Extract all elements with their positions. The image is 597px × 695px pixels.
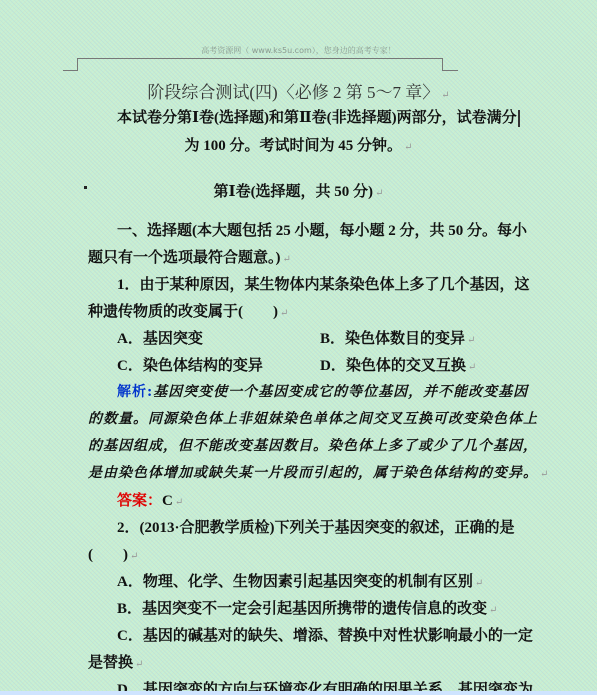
question-2-stem-line-1[interactable]: 2．(2013·合肥教学质检)下列关于基因突变的叙述，正确的是 bbox=[117, 516, 515, 537]
document-title-text: 阶段综合测试(四)〈必修 2 第 5～7 章〉 bbox=[147, 83, 439, 102]
paragraph-mark-icon: ↵ bbox=[540, 469, 549, 480]
paragraph-mark-icon: ↵ bbox=[468, 362, 476, 373]
paragraph-mark-icon: ↵ bbox=[467, 335, 475, 346]
window-bottom-edge bbox=[0, 691, 597, 695]
question-1-answer[interactable]: 答案：C↵ bbox=[117, 489, 183, 510]
question-stem-text: 2．(2013·合肥教学质检)下列关于基因突变的叙述，正确的是 bbox=[117, 520, 515, 536]
question-1-option-a[interactable]: A．基因突变 bbox=[117, 327, 203, 348]
text-cursor bbox=[518, 110, 520, 127]
header-rule-left-tab bbox=[63, 70, 78, 71]
header-rule-right-tab bbox=[442, 70, 458, 71]
question-1-analysis-line-2[interactable]: 的数量。同源染色体上非姐妹染色单体之间交叉互换可改变染色体上 bbox=[88, 408, 538, 428]
paragraph-mark-icon: ↵ bbox=[130, 551, 138, 562]
paragraph-mark-icon: ↵ bbox=[404, 142, 412, 153]
question-1-analysis-line-3[interactable]: 的基因组成，但不能改变基因数目。染色体上多了或少了几个基因， bbox=[88, 435, 538, 455]
question-2-stem-line-2[interactable]: ( )↵ bbox=[88, 543, 138, 564]
question-1-analysis-line-1[interactable]: 解析:基因突变使一个基因变成它的等位基因，并不能改变基因 bbox=[117, 381, 528, 401]
option-text: A．基因突变 bbox=[117, 331, 203, 347]
question-stem-text: 种遗传物质的改变属于( ) bbox=[88, 304, 278, 320]
intro-line-2-text: 为 100 分。考试时间为 45 分钟。 bbox=[185, 138, 403, 154]
document-title[interactable]: 阶段综合测试(四)〈必修 2 第 5～7 章〉↵ bbox=[0, 78, 597, 103]
option-text: 是替换 bbox=[88, 655, 133, 671]
question-1-option-b[interactable]: B．染色体数目的变异↵ bbox=[320, 327, 475, 348]
instructions-text: 一、选择题(本大题包括 25 小题，每小题 2 分，共 50 分。每小 bbox=[117, 223, 527, 239]
header-watermark: 高考资源网（ www.ks5u.com），您身边的高考专家！ bbox=[0, 45, 597, 56]
paragraph-mark-icon: ↵ bbox=[489, 605, 497, 616]
section-title[interactable]: 第Ⅰ卷(选择题，共 50 分)↵ bbox=[0, 180, 597, 201]
instructions-line-2[interactable]: 题只有一个选项最符合题意。)↵ bbox=[88, 246, 291, 267]
question-2-option-b[interactable]: B．基因突变不一定会引起基因所携带的遗传信息的改变↵ bbox=[117, 597, 497, 618]
analysis-text: 是由染色体增加或缺失某一片段而引起的，属于染色体结构的变异。 bbox=[88, 465, 538, 481]
option-text: C．基因的碱基对的缺失、增添、替换中对性状影响最小的一定 bbox=[117, 628, 533, 644]
question-1-option-d[interactable]: D．染色体的交叉互换↵ bbox=[320, 354, 476, 375]
paragraph-mark-icon: ↵ bbox=[280, 308, 288, 319]
option-text: B．染色体数目的变异 bbox=[320, 331, 465, 347]
intro-line-2[interactable]: 为 100 分。考试时间为 45 分钟。↵ bbox=[0, 134, 597, 155]
question-2-option-a[interactable]: A．物理、化学、生物因素引起基因突变的机制有区别↵ bbox=[117, 570, 483, 591]
question-1-analysis-line-4[interactable]: 是由染色体增加或缺失某一片段而引起的，属于染色体结构的变异。↵ bbox=[88, 462, 549, 482]
analysis-label: 解析: bbox=[117, 384, 153, 400]
paragraph-mark-icon: ↵ bbox=[375, 188, 383, 199]
analysis-text: 的数量。同源染色体上非姐妹染色单体之间交叉互换可改变染色体上 bbox=[88, 411, 538, 427]
header-rule bbox=[78, 58, 442, 59]
question-1-stem-line-2[interactable]: 种遗传物质的改变属于( )↵ bbox=[88, 300, 288, 321]
question-1-option-c[interactable]: C．染色体结构的变异 bbox=[117, 354, 263, 375]
intro-line-1-text: 本试卷分第Ⅰ卷(选择题)和第Ⅱ卷(非选择题)两部分，试卷满分 bbox=[117, 110, 517, 126]
header-rule-right-drop bbox=[442, 58, 443, 70]
paragraph-mark-icon: ↵ bbox=[283, 254, 291, 265]
question-2-option-c-cont[interactable]: 是替换↵ bbox=[88, 651, 143, 672]
paragraph-mark-icon: ↵ bbox=[135, 659, 143, 670]
intro-line-1[interactable]: 本试卷分第Ⅰ卷(选择题)和第Ⅱ卷(非选择题)两部分，试卷满分 bbox=[117, 106, 520, 127]
option-text: A．物理、化学、生物因素引起基因突变的机制有区别 bbox=[117, 574, 473, 590]
question-stem-text: ( ) bbox=[88, 547, 128, 563]
paragraph-mark-icon: ↵ bbox=[475, 578, 483, 589]
instructions-text: 题只有一个选项最符合题意。) bbox=[88, 250, 281, 266]
answer-value: C bbox=[162, 493, 173, 509]
section-title-text: 第Ⅰ卷(选择题，共 50 分) bbox=[214, 184, 374, 200]
option-text: B．基因突变不一定会引起基因所携带的遗传信息的改变 bbox=[117, 601, 487, 617]
question-stem-text: 1．由于某种原因，某生物体内某条染色体上多了几个基因，这 bbox=[117, 277, 530, 293]
analysis-text: 的基因组成，但不能改变基因数目。染色体上多了或少了几个基因， bbox=[88, 438, 538, 454]
analysis-text: 基因突变使一个基因变成它的等位基因，并不能改变基因 bbox=[153, 384, 528, 400]
paragraph-mark-icon: ↵ bbox=[175, 497, 183, 508]
question-2-option-c[interactable]: C．基因的碱基对的缺失、增添、替换中对性状影响最小的一定 bbox=[117, 624, 533, 645]
option-text: C．染色体结构的变异 bbox=[117, 358, 263, 374]
paragraph-mark-icon: ↵ bbox=[441, 90, 449, 101]
question-1-stem-line-1[interactable]: 1．由于某种原因，某生物体内某条染色体上多了几个基因，这 bbox=[117, 273, 530, 294]
instructions-line-1[interactable]: 一、选择题(本大题包括 25 小题，每小题 2 分，共 50 分。每小 bbox=[117, 219, 527, 240]
answer-label: 答案： bbox=[117, 493, 162, 509]
header-rule-left-drop bbox=[77, 58, 78, 70]
option-text: D．染色体的交叉互换 bbox=[320, 358, 466, 374]
